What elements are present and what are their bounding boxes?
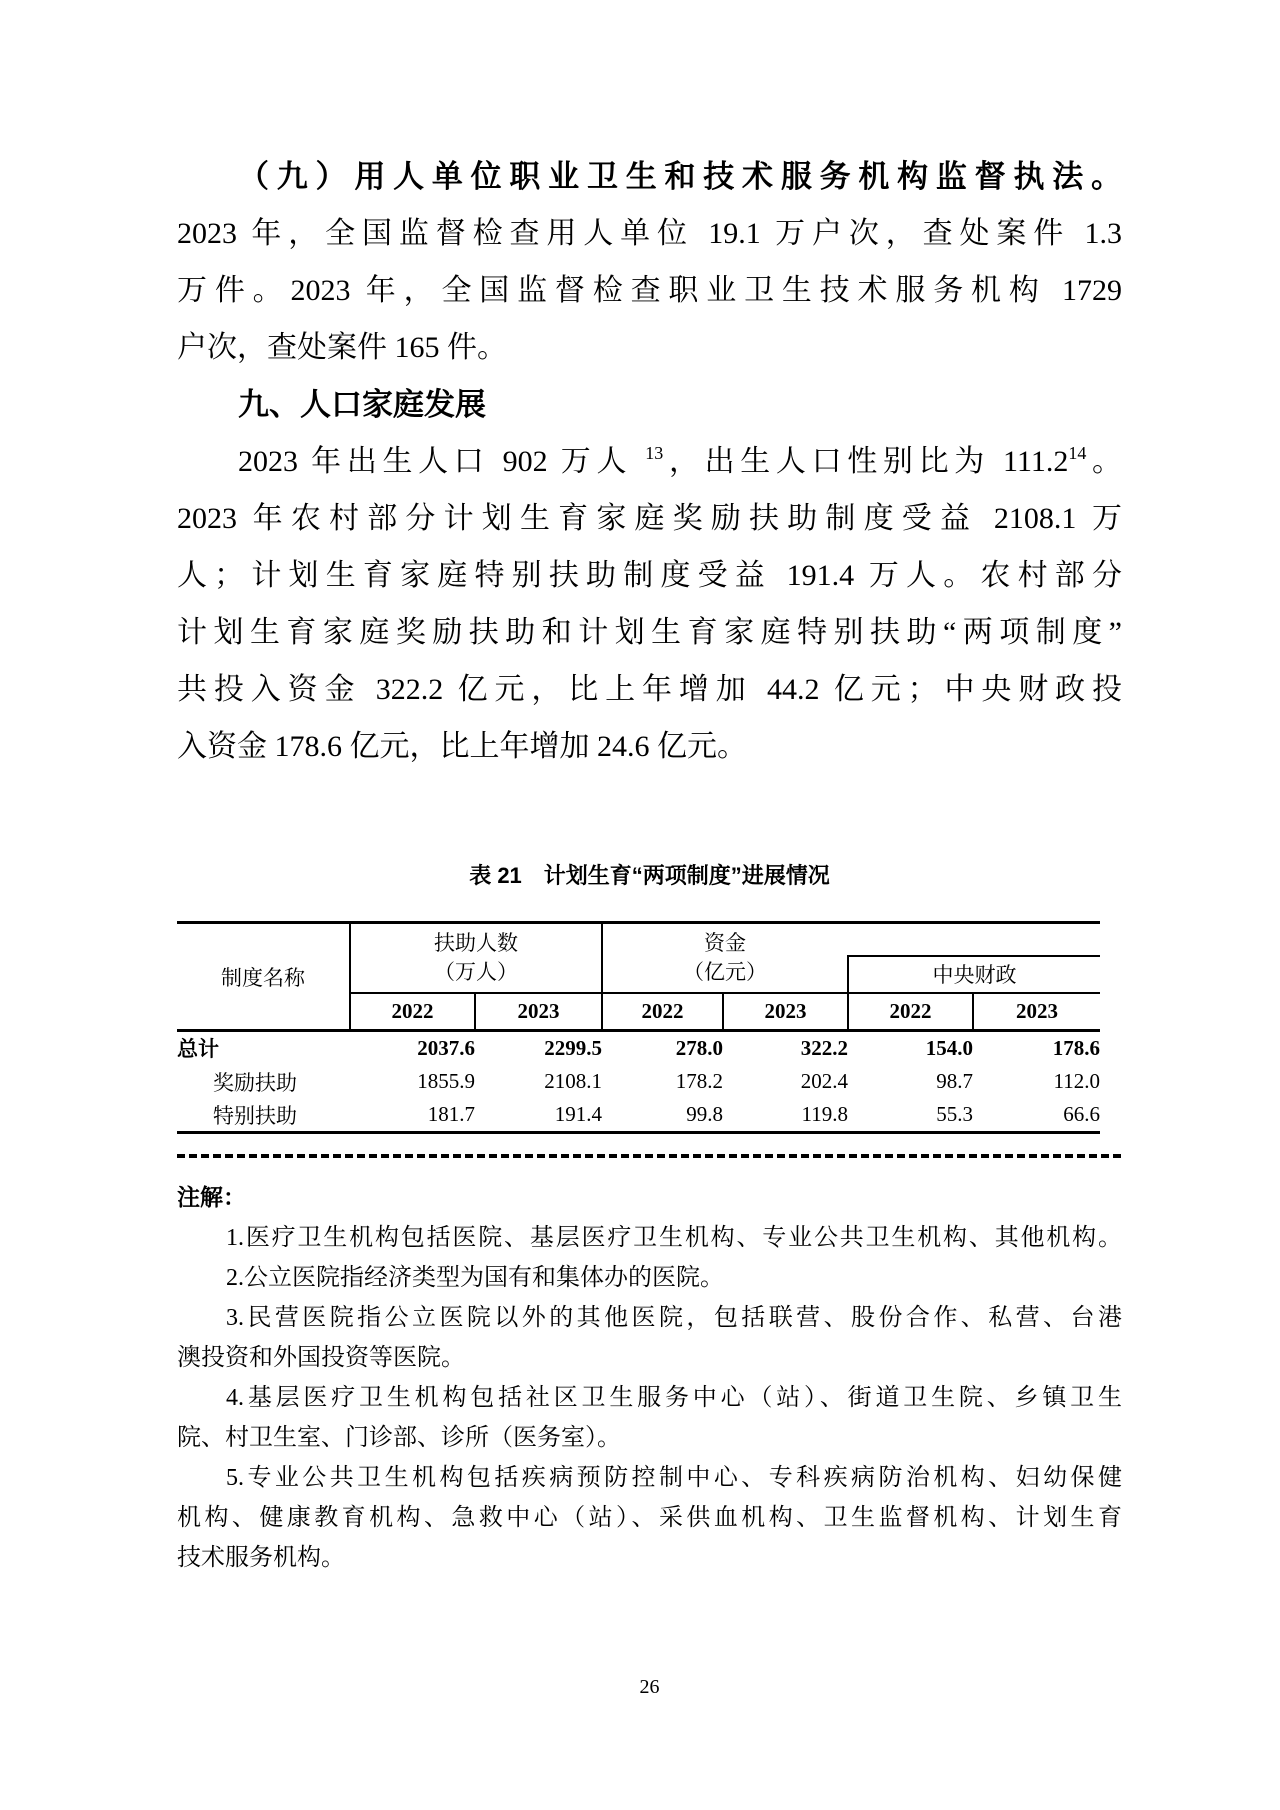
column-group-aid-line2: （万人） — [351, 958, 601, 987]
table-cell: 178.6 — [973, 1031, 1100, 1065]
table-cell: 154.0 — [848, 1031, 973, 1065]
row-label: 总计 — [177, 1031, 350, 1065]
table-cell: 2299.5 — [475, 1031, 602, 1065]
table-cell: 98.7 — [848, 1065, 973, 1099]
note-5-line: 机构、健康教育机构、急救中心（站）、采供血机构、卫生监督机构、计划生育 — [177, 1498, 1122, 1538]
para2-text: 。 — [1086, 445, 1122, 478]
table-21-header: 制度名称 扶助人数 （万人） 资金 （亿元） 中央财政 2022 — [177, 923, 1100, 1031]
table-cell: 2108.1 — [475, 1065, 602, 1099]
chapter-paragraph-line: 入资金 178.6 亿元，比上年增加 24.6 亿元。 — [177, 718, 1122, 775]
table-21: 制度名称 扶助人数 （万人） 资金 （亿元） 中央财政 2022 — [177, 921, 1100, 1134]
note-5-line: 5.专业公共卫生机构包括疾病预防控制中心、专科疾病防治机构、妇幼保健 — [177, 1458, 1122, 1498]
table-cell: 202.4 — [723, 1065, 848, 1099]
table-cell: 181.7 — [350, 1099, 475, 1133]
notes-section: 注解： 1.医疗卫生机构包括医院、基层医疗卫生机构、专业公共卫生机构、其他机构。… — [177, 1178, 1122, 1578]
row-label: 特别扶助 — [177, 1099, 350, 1133]
table-cell: 119.8 — [723, 1099, 848, 1133]
table-cell: 55.3 — [848, 1099, 973, 1133]
table-21-title: 表 21 计划生育“两项制度”进展情况 — [177, 861, 1122, 891]
section-9-paragraph: （九）用人单位职业卫生和技术服务机构监督执法。 2023 年，全国监督检查用人单… — [177, 148, 1122, 376]
note-3-line: 3.民营医院指公立医院以外的其他医院，包括联营、股份合作、私营、台港 — [177, 1298, 1122, 1338]
chapter-paragraph-line: 2023 年出生人口 902 万人 13，出生人口性别比为 111.214。 — [177, 433, 1122, 490]
chapter-paragraph-line: 计划生育家庭奖励扶助和计划生育家庭特别扶助“两项制度” — [177, 604, 1122, 661]
chapter-paragraph-line: 共投入资金 322.2 亿元，比上年增加 44.2 亿元；中央财政投 — [177, 661, 1122, 718]
column-group-central-finance: 中央财政 — [848, 956, 1100, 993]
document-page: （九）用人单位职业卫生和技术服务机构监督执法。 2023 年，全国监督检查用人单… — [0, 0, 1280, 1810]
note-4-line: 院、村卫生室、门诊部、诊所（医务室）。 — [177, 1418, 1122, 1458]
para2-text: ，出生人口性别比为 111.2 — [663, 445, 1068, 478]
column-group-aid-line1: 扶助人数 — [351, 929, 601, 958]
table-row-total: 总计 2037.6 2299.5 278.0 322.2 154.0 178.6 — [177, 1031, 1100, 1065]
chapter-heading: 九、人口家庭发展 — [177, 376, 1122, 433]
note-4-line: 4.基层医疗卫生机构包括社区卫生服务中心（站）、街道卫生院、乡镇卫生 — [177, 1378, 1122, 1418]
chapter-paragraph-line: 2023 年农村部分计划生育家庭奖励扶助制度受益 2108.1 万 — [177, 490, 1122, 547]
table-cell: 112.0 — [973, 1065, 1100, 1099]
column-group-funds-line1: 资金 — [603, 929, 847, 958]
table-row-reward-aid: 奖励扶助 1855.9 2108.1 178.2 202.4 98.7 112.… — [177, 1065, 1100, 1099]
page-number: 26 — [177, 1674, 1122, 1700]
column-group-aid-recipients: 扶助人数 （万人） — [350, 923, 602, 993]
table-cell: 278.0 — [602, 1031, 723, 1065]
dashed-separator — [177, 1154, 1122, 1158]
column-group-funds-line2: （亿元） — [603, 958, 847, 987]
section-9-heading: （九）用人单位职业卫生和技术服务机构监督执法。 — [177, 148, 1122, 205]
table-cell: 2037.6 — [350, 1031, 475, 1065]
table-cell: 99.8 — [602, 1099, 723, 1133]
header-spacer-cell — [848, 923, 1100, 956]
table-row-special-aid: 特别扶助 181.7 191.4 99.8 119.8 55.3 66.6 — [177, 1099, 1100, 1133]
table-cell: 191.4 — [475, 1099, 602, 1133]
table-header-group-row: 制度名称 扶助人数 （万人） 资金 （亿元） — [177, 923, 1100, 956]
column-header-system-name: 制度名称 — [177, 923, 350, 1031]
chapter-paragraph: 2023 年出生人口 902 万人 13，出生人口性别比为 111.214。 2… — [177, 433, 1122, 775]
section-9-line: 户次，查处案件 165 件。 — [177, 319, 1122, 376]
para2-text: 2023 年出生人口 902 万人 — [238, 445, 645, 478]
table-cell: 66.6 — [973, 1099, 1100, 1133]
table-21-body: 总计 2037.6 2299.5 278.0 322.2 154.0 178.6… — [177, 1031, 1100, 1133]
chapter-paragraph-line: 人；计划生育家庭特别扶助制度受益 191.4 万人。农村部分 — [177, 547, 1122, 604]
section-9-line: 万件。2023 年，全国监督检查职业卫生技术服务机构 1729 — [177, 262, 1122, 319]
year-header: 2023 — [973, 993, 1100, 1031]
table-cell: 178.2 — [602, 1065, 723, 1099]
row-label: 奖励扶助 — [177, 1065, 350, 1099]
year-header: 2023 — [723, 993, 848, 1031]
note-2-line: 2.公立医院指经济类型为国有和集体办的医院。 — [177, 1258, 1122, 1298]
footnote-ref-13: 13 — [645, 443, 663, 463]
year-header: 2023 — [475, 993, 602, 1031]
notes-label: 注解： — [177, 1178, 1122, 1218]
note-5-line: 技术服务机构。 — [177, 1538, 1122, 1578]
note-1-line: 1.医疗卫生机构包括医院、基层医疗卫生机构、专业公共卫生机构、其他机构。 — [177, 1218, 1122, 1258]
column-group-funds: 资金 （亿元） — [602, 923, 848, 993]
year-header: 2022 — [848, 993, 973, 1031]
footnote-ref-14: 14 — [1068, 443, 1086, 463]
year-header: 2022 — [350, 993, 475, 1031]
table-cell: 1855.9 — [350, 1065, 475, 1099]
table-cell: 322.2 — [723, 1031, 848, 1065]
year-header: 2022 — [602, 993, 723, 1031]
page-content: （九）用人单位职业卫生和技术服务机构监督执法。 2023 年，全国监督检查用人单… — [0, 0, 1280, 1700]
note-3-line: 澳投资和外国投资等医院。 — [177, 1338, 1122, 1378]
section-9-line: 2023 年，全国监督检查用人单位 19.1 万户次，查处案件 1.3 — [177, 205, 1122, 262]
